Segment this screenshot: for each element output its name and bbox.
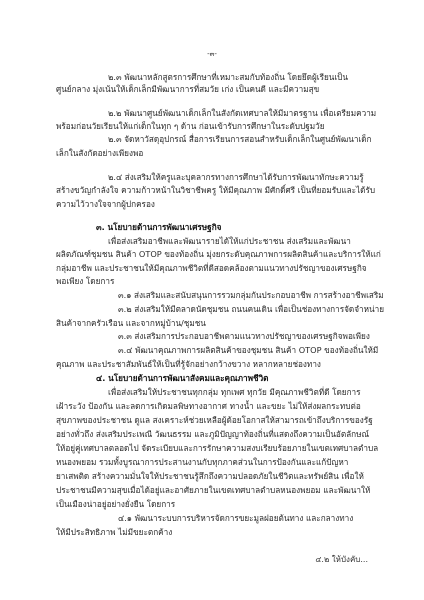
- section-3-intro-line3: กลุ่มอาชีพ และประชาชนให้มีคุณภาพชีวิตที่…: [56, 263, 367, 274]
- section-4-para-line3: สุขภาพของประชาชน ดูแล สงเคราะห์ช่วยเหลือ…: [56, 415, 373, 426]
- section-4-para-line5: ให้อยู่คู่เทศบาลตลอดไป จัดระเบียบและการร…: [56, 443, 378, 454]
- section-4-heading: ๔. นโยบายด้านการพัฒนาสังคมและคุณภาพชีวิต: [96, 373, 269, 384]
- item-3-2-line1: ๓.๒ ส่งเสริมให้มีตลาดนัดชุมชน ถนนคนเดิน …: [118, 304, 384, 315]
- section-4-para-line9: เป็นเมืองน่าอยู่อย่างยั่งยืน โดยการ: [56, 499, 175, 510]
- continuation-marker: ๔.๒ ให้บังคับ...: [315, 553, 368, 566]
- item-3-4-line1: ๓.๔ พัฒนาคุณภาพการผลิตสินค้าของชุมชน สิน…: [118, 345, 378, 356]
- item-2-4-line2: สร้างขวัญกำลังใจ ความก้าวหน้าในวิชาชีพคร…: [56, 185, 375, 196]
- section-4-para-line6: หนองพยอม รวมทั้งบูรณาการประสานงานกับทุกภ…: [56, 457, 348, 468]
- item-2-3b-line1: ๒.๓ จัดหาวัสดุอุปกรณ์ สื่อการเรียนการสอน…: [108, 134, 372, 145]
- item-4-1-line1: ๔.๑ พัฒนาระบบการบริหารจัดการขยะมูลฝอยต้น…: [118, 513, 353, 524]
- section-3-intro-line2: ผลิตภัณฑ์ชุมชน สินค้า OTOP ของท้องถิ่น ม…: [56, 249, 381, 260]
- item-2-3-line2: ศูนย์กลาง มุ่งเน้นให้เด็กเล็กมีพัฒนาการท…: [56, 84, 319, 95]
- section-4-para-line2: เฝ้าระวัง ป้องกัน และลดการเกิดมลพิษทางอา…: [56, 401, 361, 412]
- page-number: -๓-: [0, 49, 424, 60]
- section-4-para-line8: ประชาชนมีความสุขเมื่อได้อยู่และอาศัยภายใ…: [56, 485, 370, 496]
- item-3-2-line2: สินค้าจากครัวเรือน และจากหมู่บ้าน/ชุมชน: [56, 318, 206, 329]
- section-4-para-line7: ยาเสพติด สร้างความมั่นใจให้ประชาชนรู้สึก…: [56, 471, 364, 482]
- item-4-1-line2: ให้มีประสิทธิภาพ ไม่มีขยะตกค้าง: [56, 527, 172, 538]
- item-3-1: ๓.๑ ส่งเสริมและสนับสนุนการรวมกลุ่มกันประ…: [118, 290, 384, 301]
- item-2-2-line1: ๒.๒ พัฒนาศูนย์พัฒนาเด็กเล็กในสังกัดเทศบา…: [108, 108, 376, 119]
- item-2-4-line3: ความไว้วางใจจากผู้ปกครอง: [56, 199, 155, 210]
- section-4-para-line4: อย่างทั่วถึง ส่งเสริมประเพณี วัฒนธรรม แล…: [56, 429, 369, 440]
- item-2-3-line1: ๒.๓ พัฒนาหลักสูตรการศึกษาที่เหมาะสมกับท้…: [108, 72, 348, 83]
- section-3-heading: ๓. นโยบายด้านการพัฒนาเศรษฐกิจ: [96, 222, 221, 233]
- item-3-4-line2: คุณภาพ และประชาสัมพันธ์ให้เป็นที่รู้จักอ…: [56, 359, 321, 370]
- section-3-intro-line4: พอเพียง โดยการ: [56, 276, 114, 287]
- item-2-4-line1: ๒.๔ ส่งเสริมให้ครูและบุคลากรทางการศึกษาไ…: [108, 172, 364, 183]
- item-2-3b-line2: เล็กในสังกัดอย่างเพียงพอ: [56, 148, 143, 159]
- item-3-3: ๓.๓ ส่งเสริมการประกอบอาชีพตามแนวทางปรัชญ…: [118, 331, 370, 342]
- item-2-2-line2: พร้อมก่อนวัยเรียนให้แก่เด็กในทุก ๆ ด้าน …: [56, 121, 325, 132]
- section-3-intro-line1: เพื่อส่งเสริมอาชีพและพัฒนารายได้ให้แก่ปร…: [108, 236, 351, 247]
- document-page: -๓- ๒.๓ พัฒนาหลักสูตรการศึกษาที่เหมาะสมก…: [0, 0, 424, 600]
- section-4-para-line1: เพื่อส่งเสริมให้ประชาชนทุกกลุ่ม ทุกเพศ ท…: [108, 387, 361, 398]
